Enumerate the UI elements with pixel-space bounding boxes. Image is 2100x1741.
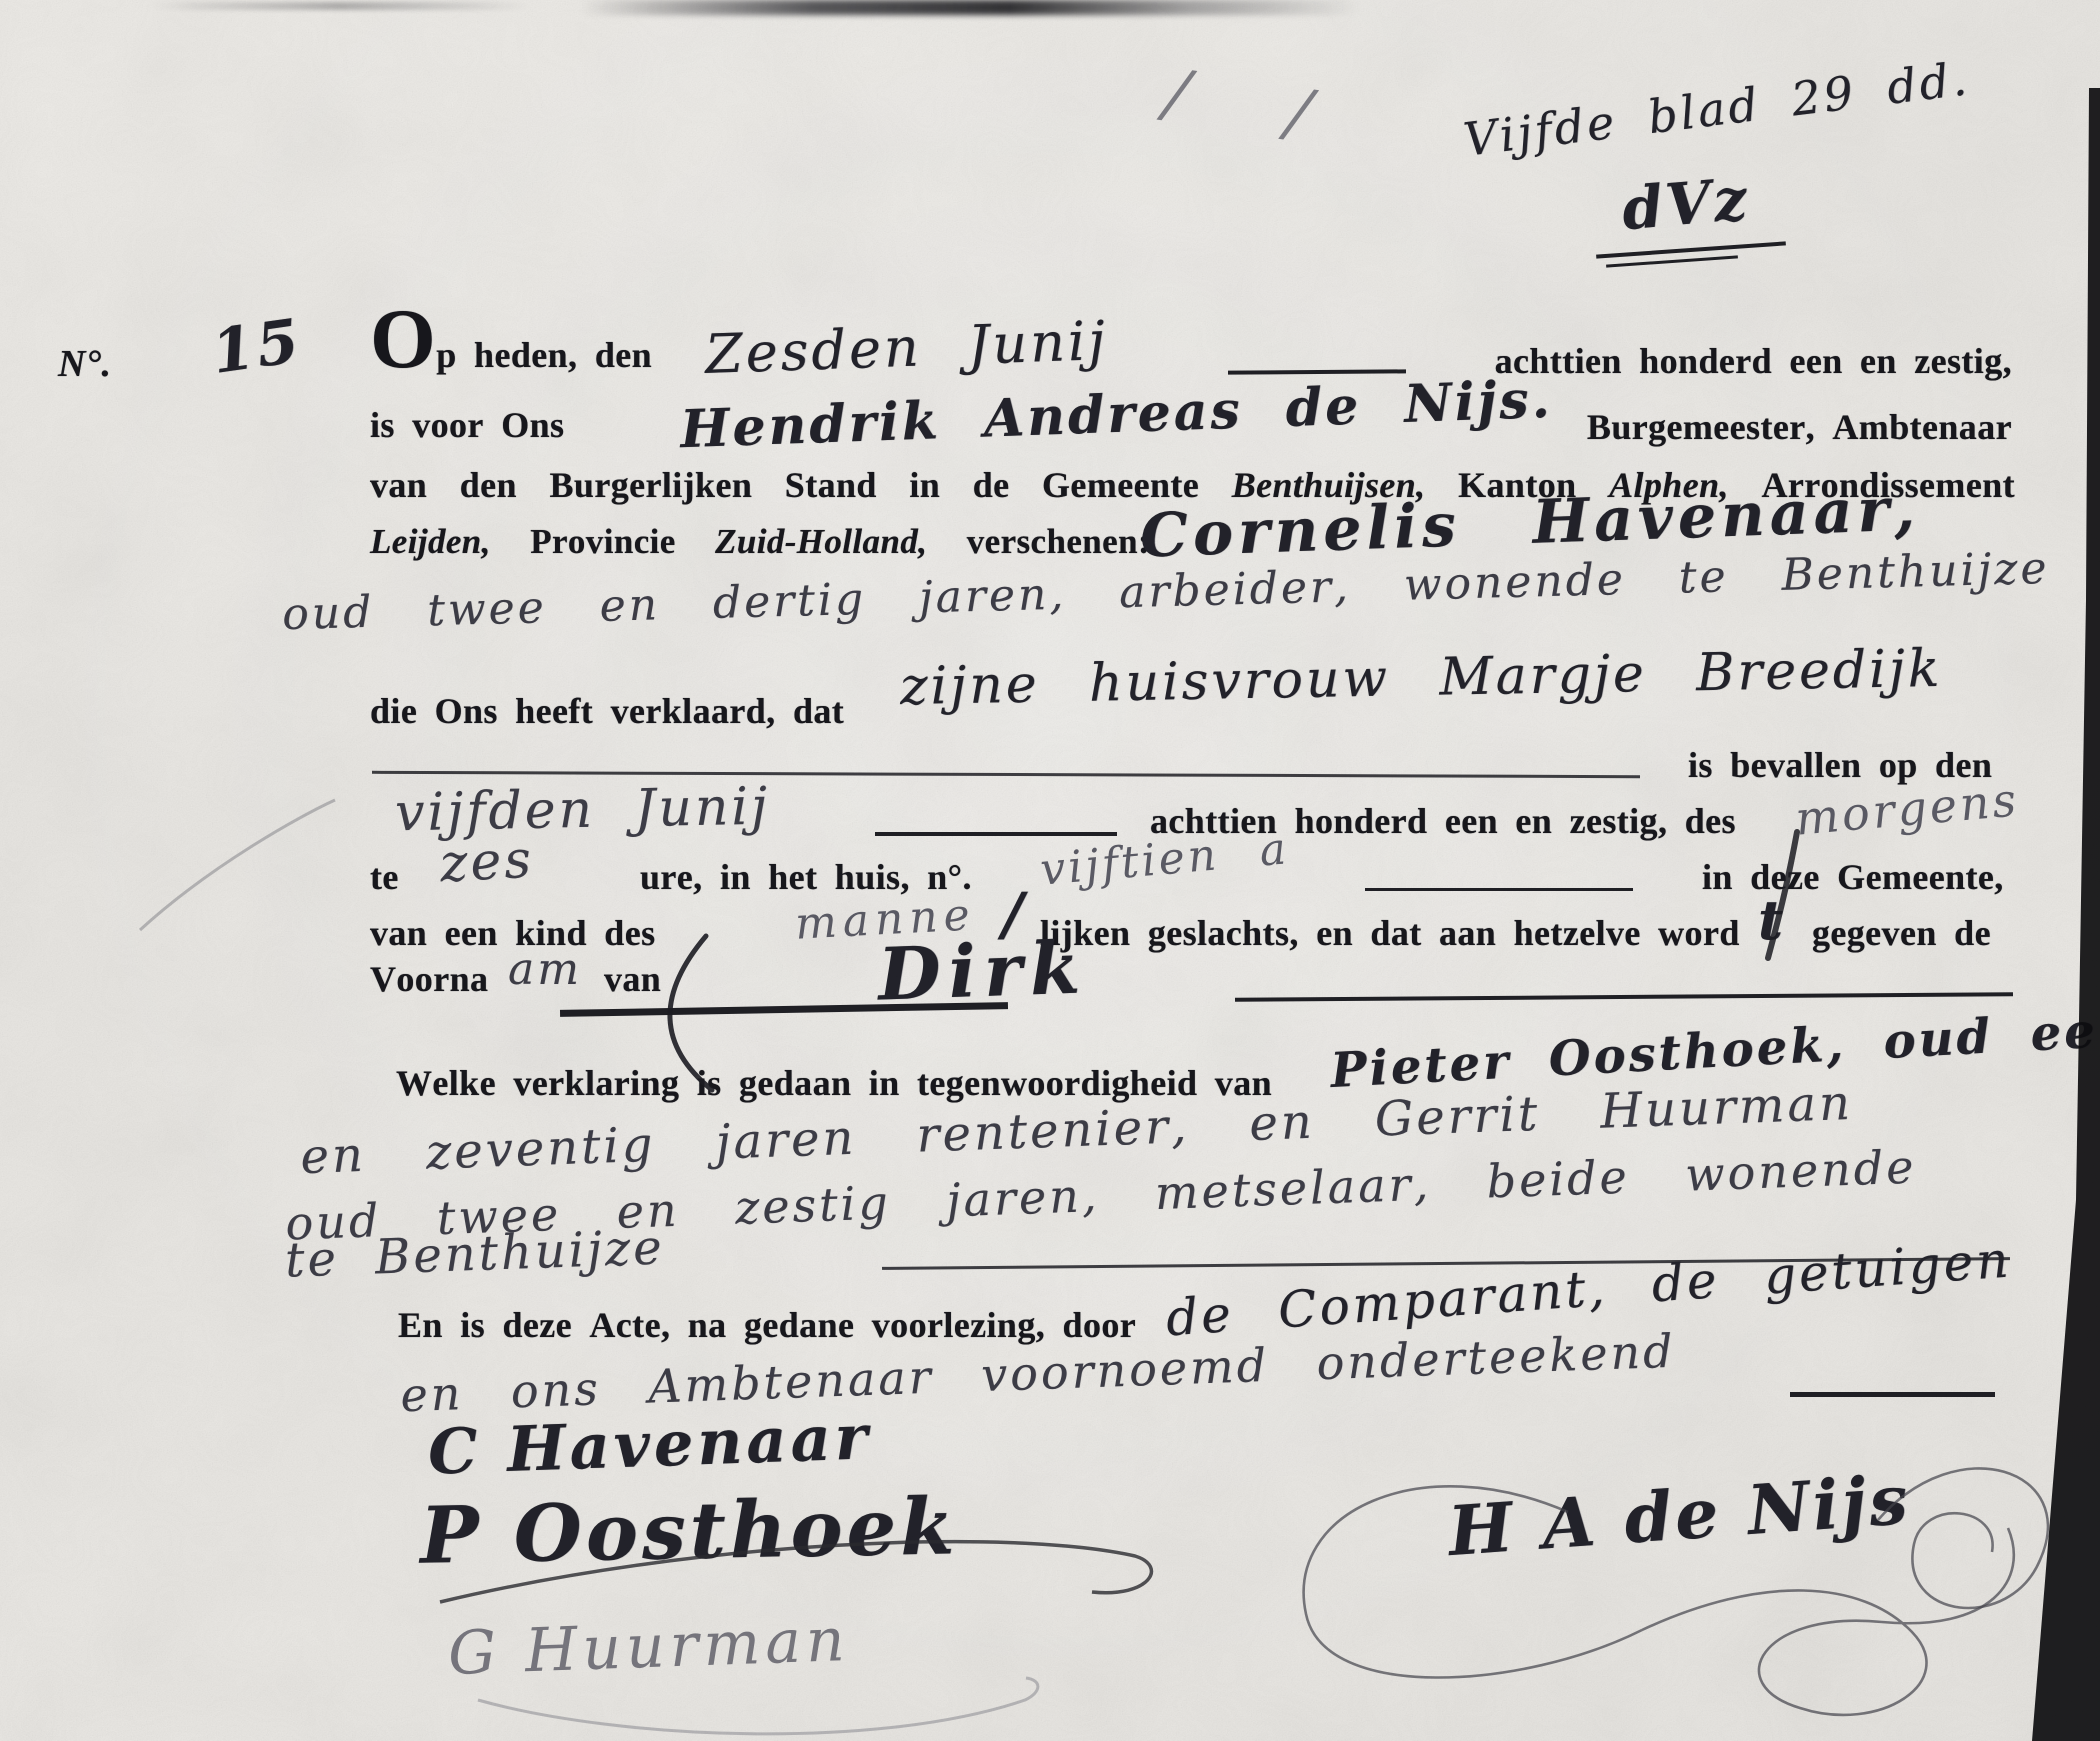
line10-t-handwritten: t (1758, 888, 1786, 952)
line10-geslacht-printed: lijken geslachts, en dat aan hetzelve wo… (1040, 912, 1740, 954)
fill-line (1235, 992, 2013, 1001)
paraaf-underline (1596, 241, 1786, 258)
paraaf-underline-2 (1606, 255, 1738, 267)
child-name-underline (560, 1002, 1008, 1017)
signature-witness2: G Huurman (447, 1605, 851, 1689)
witness2-signature-flourish (478, 1678, 1038, 1734)
line11-van-printed: van (604, 958, 661, 1000)
line9-te-printed: te (370, 856, 399, 898)
line6-declaration-printed: die Ons heeft verklaard, dat (370, 690, 844, 732)
signature-registrar: H A de Nijs (1446, 1460, 1913, 1572)
line1-opening-printed: Op heden, den (370, 334, 652, 376)
registrar-flourish-bottom-loops (1642, 1528, 2014, 1715)
pencil-stroke (140, 800, 335, 930)
act-number-value: 15 (208, 306, 306, 388)
sheet-number-note: Vijfde blad 29 dd. (1461, 51, 1973, 167)
signature-comparant: C Havenaar (427, 1400, 873, 1488)
scan-smudge-top-left (150, 2, 530, 10)
line6-mother-name-handwritten: zijne huisvrouw Margje Breedijk (900, 639, 1943, 717)
fill-line (875, 832, 1117, 836)
fill-line (372, 771, 1640, 778)
fill-line (1790, 1392, 1995, 1397)
line11-am-handwritten: am (508, 944, 582, 995)
line4-arrondissement-name: Leijden, (370, 522, 491, 561)
line12-witness-printed: Welke verklaring is gedaan in tegenwoord… (396, 1062, 1272, 1104)
line15-residence-handwritten: te Benthuijze (284, 1219, 665, 1288)
birth-certificate-page: / / Vijfde blad 29 dd. dVz N°. 15 Op hed… (0, 0, 2100, 1741)
line2-registrar-name-handwritten: Hendrik Andreas de Nijs. (679, 369, 1553, 460)
scan-edge-right (2032, 88, 2100, 1741)
signature-witness1: P Oosthoek (419, 1481, 959, 1581)
line9-hour-handwritten: zes (438, 830, 535, 895)
registrar-paraaf: dVz (1619, 165, 1752, 244)
line16-voorlezing-printed: En is deze Acte, na gedane voorlezing, d… (398, 1304, 1136, 1346)
act-number-label: N°. (58, 342, 111, 386)
line4-province-name: Zuid-Holland, (715, 522, 927, 561)
line4-province-printed: Leijden, Provincie Zuid-Holland, versche… (370, 522, 1150, 562)
line3-seg-a: van den Burgerlijken Stand in de Gemeent… (370, 465, 1199, 505)
line1-date-handwritten: Zesden Junij (704, 309, 1109, 386)
line4-seg-a: Provincie (530, 522, 676, 561)
line9-gemeente-printed: in deze Gemeente, (1702, 856, 2004, 898)
line11-voorna-printed: Voorna (370, 958, 488, 1000)
line2-title-printed: Burgemeester, Ambtenaar (1580, 406, 2012, 448)
fill-line (1365, 888, 1633, 891)
line4-seg-b: verschenen: (967, 522, 1150, 561)
line2-isvoorons-printed: is voor Ons (370, 404, 564, 446)
line10-gegeven-printed: gegeven de (1812, 912, 1991, 954)
scan-smudge-top (580, 0, 1360, 15)
stray-pen-marks: / / (1160, 54, 1355, 159)
